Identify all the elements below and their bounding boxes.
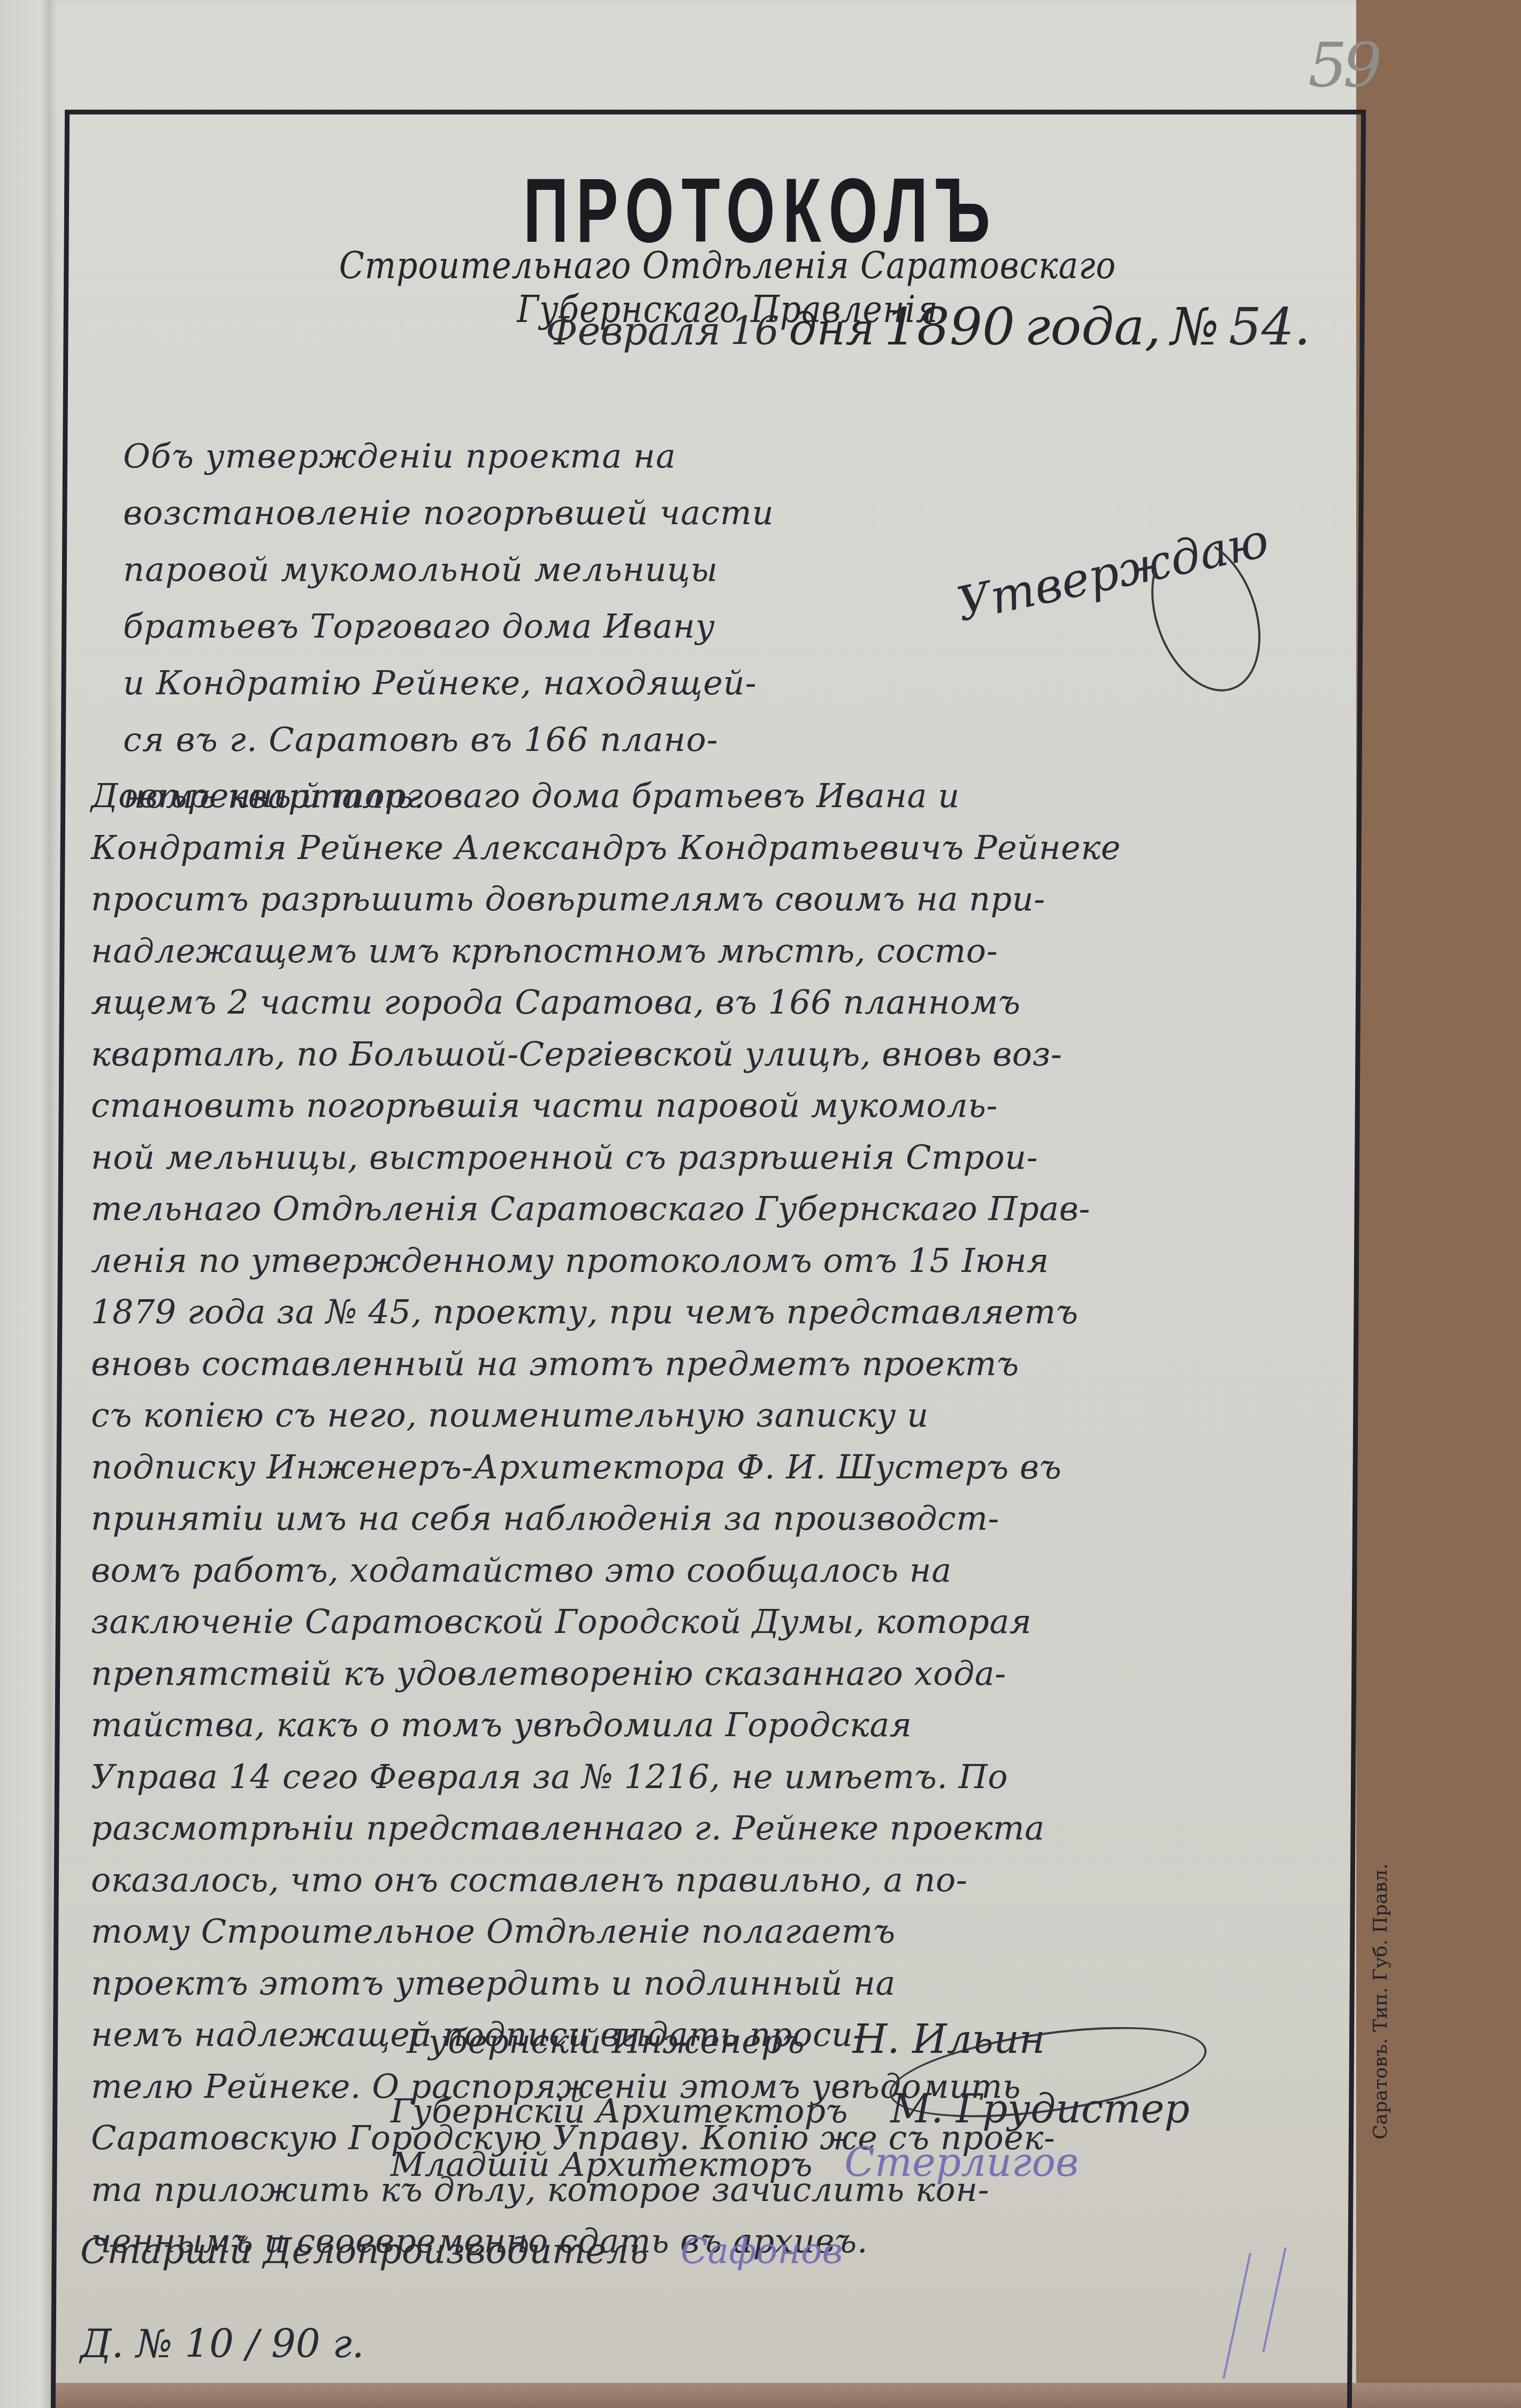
body-line: ленія по утвержденному протоколомъ отъ 1… (91, 1235, 1359, 1287)
file-reference: Д. № 10 / 90 г. (80, 2321, 364, 2366)
date-day-word: дня (789, 304, 874, 355)
body-line: 1879 года за № 45, проекту, при чемъ пре… (91, 1286, 1359, 1338)
date-month: Февраля (546, 309, 721, 354)
body-line: ящемъ 2 части города Саратова, въ 166 пл… (91, 977, 1359, 1029)
body-line: принятіи имъ на себя наблюденія за произ… (91, 1493, 1359, 1545)
summary-line: возстановленіе погорѣвшей части (123, 485, 899, 541)
summary-line: паровой мукомольной мельницы (123, 541, 899, 598)
body-line: надлежащемъ имъ крѣпостномъ мѣстѣ, состо… (91, 925, 1359, 977)
clerk-block: Старшій Делопроизводитель Сафонов Д. № 1… (80, 2230, 843, 2272)
signature-row-architect: Губернскій Архитекторъ М. Грудистер (391, 2086, 1190, 2132)
body-line: препятствій къ удовлетворенію сказаннаго… (91, 1648, 1359, 1700)
signature-role: Младшій Архитекторъ (391, 2145, 813, 2184)
body-line: Управа 14 сего Февраля за № 1216, не имѣ… (91, 1751, 1359, 1803)
clerk-role: Старшій Делопроизводитель (80, 2230, 648, 2272)
signature-mark: М. Грудистер (890, 2086, 1189, 2132)
date-day: 16 (730, 309, 779, 354)
date-year: 1890 (884, 297, 1015, 357)
body-line: проситъ разрѣшить довѣрителямъ своимъ на… (91, 873, 1359, 925)
body-line: тому Строительное Отдѣленіе полагаетъ (91, 1906, 1359, 1958)
body-line: подписку Инженеръ-Архитектора Ф. И. Шуст… (91, 1441, 1359, 1493)
body-line: тельнаго Отдѣленія Саратовскаго Губернск… (91, 1183, 1359, 1235)
number-sign: № (1171, 297, 1219, 357)
signature-row-junior-architect: Младшій Архитекторъ Стерлигов (391, 2139, 1079, 2185)
signature-row-engineer: Губернскій Инженеръ Н. Ильин (407, 2016, 1045, 2062)
body-line: становить погорѣвшія части паровой муком… (91, 1080, 1359, 1132)
folio-number: 59 (1308, 29, 1378, 101)
body-line: вновь составленный на этотъ предметъ про… (91, 1338, 1359, 1390)
body-line: ной мельницы, выстроенной съ разрѣшенія … (91, 1132, 1359, 1184)
signature-role: Губернскій Архитекторъ (391, 2091, 847, 2130)
summary-line: и Кондратію Рейнеке, находящей- (123, 655, 899, 711)
adjacent-page-edge (0, 0, 51, 2408)
signature-mark: Стерлигов (844, 2139, 1079, 2185)
body-line: заключеніе Саратовской Городской Думы, к… (91, 1596, 1359, 1648)
summary-line: ся въ г. Саратовѣ въ 166 плано- (123, 711, 899, 768)
body-line: кварталѣ, по Большой-Сергіевской улицѣ, … (91, 1029, 1359, 1080)
summary-line: Объ утвержденіи проекта на (123, 428, 899, 485)
body-line: съ копією съ него, поименительную записк… (91, 1390, 1359, 1441)
summary-line: братьевъ Торговаго дома Ивану (123, 598, 899, 655)
body-line: тайства, какъ о томъ увѣдомила Городская (91, 1699, 1359, 1751)
summary-block: Объ утвержденіи проекта на возстановлені… (123, 428, 899, 825)
signature-role: Губернскій Инженеръ (407, 2022, 805, 2061)
signature-mark: Н. Ильин (853, 2016, 1045, 2062)
body-line: проектъ этотъ утвердить и подлинный на (91, 1958, 1359, 2010)
printer-imprint: Саратовъ. Тип. Губ. Правл. (1370, 1863, 1392, 2139)
date-year-word: года, (1025, 297, 1161, 357)
clerk-signature: Сафонов (681, 2230, 843, 2272)
body-line: Кондратія Рейнеке Александръ Кондратьеви… (91, 822, 1359, 874)
body-line: Довѣренный торговаго дома братьевъ Ивана… (91, 770, 1359, 822)
body-line: оказалось, что онъ составленъ правильно,… (91, 1854, 1359, 1906)
body-line: разсмотрѣніи представленнаго г. Рейнеке … (91, 1803, 1359, 1854)
protocol-number: 54. (1229, 297, 1311, 357)
dateline: Февраля 16 дня 1890 года, № 54. (546, 297, 1310, 361)
body-line: вомъ работъ, ходатайство это сообщалось … (91, 1545, 1359, 1597)
